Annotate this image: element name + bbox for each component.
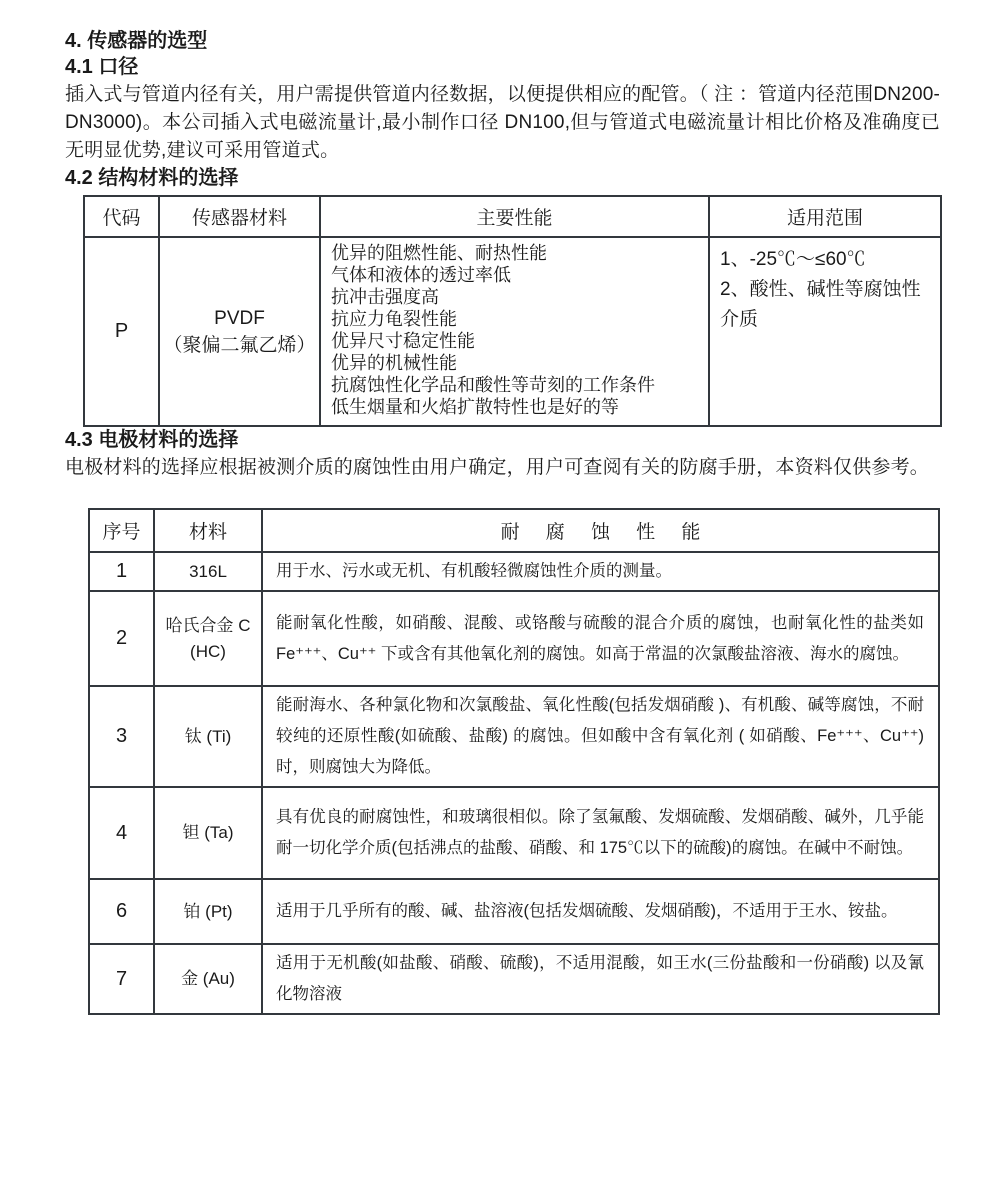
electrode-cell-desc: 具有优良的耐腐蚀性，和玻璃很相似。除了氢氟酸、发烟硫酸、发烟硝酸、碱外，几乎能耐…	[262, 787, 939, 879]
electrode-cell-desc: 适用于几乎所有的酸、碱、盐溶液(包括发烟硫酸、发烟硝酸)，不适用于王水、铵盐。	[262, 879, 939, 944]
electrode-table-row: 3 钛 (Ti) 能耐海水、各种氯化物和次氯酸盐、氧化性酸(包括发烟硝酸 )、有…	[89, 686, 939, 787]
electrode-cell-no: 7	[89, 944, 154, 1014]
electrode-cell-no: 6	[89, 879, 154, 944]
electrode-cell-no: 1	[89, 552, 154, 591]
electrode-table-row: 4 钽 (Ta) 具有优良的耐腐蚀性，和玻璃很相似。除了氢氟酸、发烟硫酸、发烟硝…	[89, 787, 939, 879]
electrode-cell-desc: 能耐海水、各种氯化物和次氯酸盐、氧化性酸(包括发烟硝酸 )、有机酸、碱等腐蚀，不…	[262, 686, 939, 787]
structure-cell-scope: 1、-25℃～≤60℃ 2、酸性、碱性等腐蚀性介质	[709, 237, 941, 426]
structure-table-header-row: 代码 传感器材料 主要性能 适用范围	[84, 196, 941, 237]
structure-material-table: 代码 传感器材料 主要性能 适用范围 P PVDF （聚偏二氟乙烯） 优异的阻燃…	[83, 195, 942, 427]
electrode-cell-material: 钽 (Ta)	[154, 787, 262, 879]
electrode-table-row: 1 316L 用于水、污水或无机、有机酸轻微腐蚀性介质的测量。	[89, 552, 939, 591]
structure-table-row: P PVDF （聚偏二氟乙烯） 优异的阻燃性能、耐热性能 气体和液体的透过率低 …	[84, 237, 941, 426]
section-4-3-paragraph: 电极材料的选择应根据被测介质的腐蚀性由用户确定，用户可查阅有关的防腐手册，本资料…	[65, 454, 940, 482]
electrode-header-corrosion: 耐 腐 蚀 性 能	[262, 509, 939, 552]
electrode-cell-desc: 能耐氧化性酸，如硝酸、混酸、或铬酸与硫酸的混合介质的腐蚀，也耐氧化性的盐类如 F…	[262, 591, 939, 686]
section-4-heading: 4. 传感器的选型	[65, 28, 940, 54]
electrode-table-row: 6 铂 (Pt) 适用于几乎所有的酸、碱、盐溶液(包括发烟硫酸、发烟硝酸)，不适…	[89, 879, 939, 944]
electrode-table-row: 7 金 (Au) 适用于无机酸(如盐酸、硝酸、硫酸)，不适用混酸，如王水(三份盐…	[89, 944, 939, 1014]
electrode-table-row: 2 哈氏合金 C (HC) 能耐氧化性酸，如硝酸、混酸、或铬酸与硫酸的混合介质的…	[89, 591, 939, 686]
electrode-header-no: 序号	[89, 509, 154, 552]
electrode-cell-no: 4	[89, 787, 154, 879]
structure-cell-performance: 优异的阻燃性能、耐热性能 气体和液体的透过率低 抗冲击强度高 抗应力龟裂性能 优…	[320, 237, 709, 426]
structure-header-performance: 主要性能	[320, 196, 709, 237]
electrode-table-header-row: 序号 材料 耐 腐 蚀 性 能	[89, 509, 939, 552]
electrode-cell-desc: 适用于无机酸(如盐酸、硝酸、硫酸)，不适用混酸，如王水(三份盐酸和一份硝酸) 以…	[262, 944, 939, 1014]
electrode-header-material: 材料	[154, 509, 262, 552]
structure-cell-code: P	[84, 237, 159, 426]
electrode-cell-material: 哈氏合金 C (HC)	[154, 591, 262, 686]
electrode-cell-no: 2	[89, 591, 154, 686]
electrode-cell-material: 铂 (Pt)	[154, 879, 262, 944]
section-4-3-heading: 4.3 电极材料的选择	[65, 427, 940, 453]
section-4-1-paragraph: 插入式与管道内径有关，用户需提供管道内径数据，以便提供相应的配管。（ 注 ：管道…	[65, 81, 940, 165]
structure-header-code: 代码	[84, 196, 159, 237]
electrode-cell-desc: 用于水、污水或无机、有机酸轻微腐蚀性介质的测量。	[262, 552, 939, 591]
document-page: 4. 传感器的选型 4.1 口径 插入式与管道内径有关，用户需提供管道内径数据，…	[0, 0, 1000, 1015]
section-4-1-heading: 4.1 口径	[65, 54, 940, 80]
structure-header-scope: 适用范围	[709, 196, 941, 237]
electrode-material-table: 序号 材料 耐 腐 蚀 性 能 1 316L 用于水、污水或无机、有机酸轻微腐蚀…	[88, 508, 940, 1015]
electrode-cell-material: 金 (Au)	[154, 944, 262, 1014]
structure-cell-material: PVDF （聚偏二氟乙烯）	[159, 237, 320, 426]
section-4-2-heading: 4.2 结构材料的选择	[65, 165, 940, 191]
electrode-cell-no: 3	[89, 686, 154, 787]
electrode-cell-material: 316L	[154, 552, 262, 591]
electrode-cell-material: 钛 (Ti)	[154, 686, 262, 787]
structure-header-material: 传感器材料	[159, 196, 320, 237]
